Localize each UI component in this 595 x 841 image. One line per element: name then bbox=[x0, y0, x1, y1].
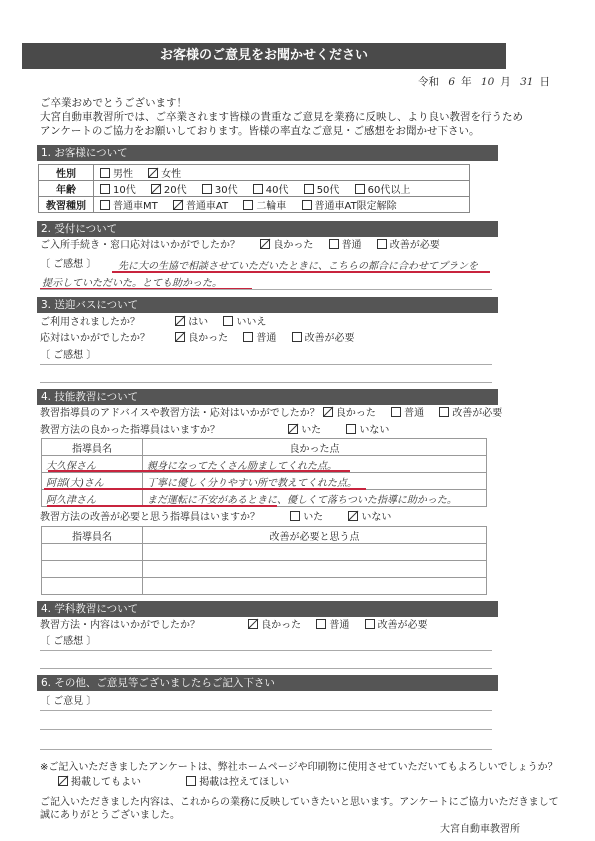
instructor-name[interactable] bbox=[42, 561, 143, 578]
option-at-release[interactable]: 普通車AT限定解除 bbox=[302, 197, 397, 212]
option-label: 50代 bbox=[317, 185, 340, 196]
instructor-name[interactable] bbox=[42, 578, 143, 595]
option-label: 掲載は控えてほしい bbox=[199, 777, 289, 788]
question-text: 教習方法の改善が必要と思う指導員はいますか？ bbox=[40, 511, 287, 524]
option-yes[interactable]: いた bbox=[288, 424, 321, 437]
checkbox[interactable] bbox=[377, 239, 387, 249]
intro-text: ご卒業おめでとうございます！ 大宮自動車教習所では、ご卒業されます皆様の貴重なご… bbox=[40, 96, 523, 138]
header-instructor: 指導員名 bbox=[42, 439, 143, 456]
writing-line[interactable] bbox=[40, 749, 492, 750]
option-40s[interactable]: 40代 bbox=[253, 181, 289, 196]
row-label: 教習種別 bbox=[39, 197, 94, 213]
improve-instructor-table: 指導員名 改善が必要と思う点 bbox=[41, 526, 487, 595]
checkbox-checked[interactable] bbox=[148, 168, 158, 178]
checkbox-checked[interactable] bbox=[173, 200, 183, 210]
option-label: いない bbox=[359, 425, 389, 436]
option-no[interactable]: いない bbox=[346, 424, 389, 437]
option-label: いいえ bbox=[236, 317, 266, 328]
option-label: 普通車AT限定解除 bbox=[315, 201, 397, 212]
checkbox[interactable] bbox=[253, 184, 263, 194]
option-label: 改善が必要 bbox=[378, 620, 428, 631]
table-row: 阿部(大)さん 丁寧に優しく分りやすい所で教えてくれた点。 bbox=[42, 473, 487, 490]
option-label: 60代以上 bbox=[368, 185, 411, 196]
question-text: ご入所手続き・窓口応対はいかがでしたか？ bbox=[40, 240, 240, 251]
option-label: 普通車MT bbox=[113, 201, 158, 212]
table-row bbox=[42, 544, 487, 561]
date-day[interactable]: 31 bbox=[520, 76, 533, 88]
option-allow-publish[interactable]: 掲載してもよい bbox=[58, 776, 141, 789]
checkbox-checked[interactable] bbox=[151, 184, 161, 194]
underline bbox=[44, 488, 366, 490]
checkbox-checked[interactable] bbox=[348, 511, 358, 521]
date-month[interactable]: 10 bbox=[481, 76, 494, 88]
comment-label: 〔 ご感想 〕 bbox=[40, 349, 96, 362]
writing-line[interactable] bbox=[40, 364, 492, 365]
permission-question: ※ご記入いただきましたアンケートは、弊社ホームページや印刷物に使用させていただい… bbox=[40, 761, 558, 774]
option-needs-improvement[interactable]: 改善が必要 bbox=[292, 332, 355, 345]
option-label: 女性 bbox=[161, 169, 181, 180]
section-heading-customer: 1. お客様について bbox=[37, 145, 498, 161]
underline bbox=[112, 271, 490, 273]
table-header: 指導員名 良かった点 bbox=[42, 439, 487, 456]
option-no[interactable]: いいえ bbox=[223, 316, 266, 329]
checkbox[interactable] bbox=[316, 619, 326, 629]
date-era: 令和 bbox=[418, 76, 439, 88]
underline bbox=[48, 470, 350, 472]
intro-line: 大宮自動車教習所では、ご卒業されます皆様の貴重なご意見を業務に反映し、より良い教… bbox=[40, 110, 523, 124]
option-needs-improvement[interactable]: 改善が必要 bbox=[439, 407, 502, 420]
checkbox[interactable] bbox=[439, 407, 449, 417]
instructor-name[interactable]: 阿部(大)さん bbox=[42, 473, 143, 490]
checkbox-checked[interactable] bbox=[248, 619, 258, 629]
improve-instructor-row: 教習方法の改善が必要と思う指導員はいますか？ いた いない bbox=[40, 511, 403, 524]
checkbox[interactable] bbox=[365, 619, 375, 629]
option-label: 普通車AT bbox=[186, 201, 228, 212]
improve-point[interactable] bbox=[143, 578, 487, 595]
intro-line: ご卒業おめでとうございます！ bbox=[40, 96, 523, 110]
day-label: 日 bbox=[540, 76, 551, 88]
option-label: いた bbox=[301, 425, 321, 436]
checkbox[interactable] bbox=[243, 200, 253, 210]
option-60s-plus[interactable]: 60代以上 bbox=[355, 181, 411, 196]
table-row: 阿久津さん まだ運転に不安があるときに、優しくて落ちついた指導に助かった。 bbox=[42, 490, 487, 507]
option-label: 良かった bbox=[336, 408, 376, 419]
gender-row: 性別 男性 女性 bbox=[39, 165, 470, 181]
header-instructor: 指導員名 bbox=[42, 527, 143, 544]
good-instructor-table: 指導員名 良かった点 大久保さん 親身になってたくさん励ましてくれた点。 阿部(… bbox=[41, 438, 487, 507]
intro-line: アンケートのご協力をお願いしております。皆様の率直なご意見・ご感想をお聞かせ下さ… bbox=[40, 124, 523, 138]
option-yes[interactable]: いた bbox=[290, 511, 323, 524]
option-label: 良かった bbox=[261, 620, 301, 631]
question-text: ご利用されましたか？ bbox=[40, 316, 172, 329]
question-text: 応対はいかがでしたか？ bbox=[40, 332, 172, 345]
writing-line[interactable] bbox=[40, 729, 492, 730]
form-title: お客様のご意見をお聞かせください bbox=[22, 43, 506, 69]
handwritten-comment[interactable]: 先に大の生協で相談させていただいたときに、こちらの都合に合わせてプランを bbox=[118, 257, 478, 272]
option-yes[interactable]: はい bbox=[175, 316, 208, 329]
header-improve-points: 改善が必要と思う点 bbox=[143, 527, 487, 544]
comment-label: 〔 ご感想 〕 bbox=[40, 635, 96, 648]
month-label: 月 bbox=[500, 76, 511, 88]
option-normal[interactable]: 普通 bbox=[243, 332, 276, 345]
checkbox-checked[interactable] bbox=[175, 332, 185, 342]
option-male[interactable]: 男性 bbox=[100, 165, 133, 180]
good-instructor-row: 教習方法の良かった指導員はいますか？ いた いない bbox=[40, 424, 401, 437]
checkbox[interactable] bbox=[223, 316, 233, 326]
checkbox[interactable] bbox=[202, 184, 212, 194]
row-label: 性別 bbox=[39, 165, 94, 181]
closing-text: ご記入いただきました内容は、これからの業務に反映していきたいと思います。アンケー… bbox=[40, 796, 559, 822]
option-30s[interactable]: 30代 bbox=[202, 181, 238, 196]
option-label: 改善が必要 bbox=[305, 333, 355, 344]
year-label: 年 bbox=[461, 76, 472, 88]
bus-used-row: ご利用されましたか？ はい いいえ bbox=[40, 316, 278, 329]
option-good[interactable]: 良かった bbox=[323, 407, 376, 420]
option-normal[interactable]: 普通 bbox=[391, 407, 424, 420]
comment-label: 〔 ご感想 〕 bbox=[40, 258, 96, 271]
option-mt[interactable]: 普通車MT bbox=[100, 197, 158, 212]
question-text: 教習指導員のアドバイスや教習方法・応対はいかがでしたか？ bbox=[40, 408, 320, 419]
age-row: 年齢 10代 20代 30代 40代 50代 60代以上 bbox=[39, 181, 470, 197]
option-label: 30代 bbox=[215, 185, 238, 196]
option-label: 掲載してもよい bbox=[71, 777, 141, 788]
handwritten-comment[interactable]: 提示していただいた。とても助かった。 bbox=[42, 274, 222, 289]
course-type-row: 教習種別 普通車MT 普通車AT 二輪車 普通車AT限定解除 bbox=[39, 197, 470, 213]
option-label: 男性 bbox=[113, 169, 133, 180]
table-row bbox=[42, 561, 487, 578]
table-row bbox=[42, 578, 487, 595]
customer-info-table: 性別 男性 女性 年齢 10代 20代 30代 40代 50代 60代以上 教習… bbox=[38, 164, 470, 213]
checkbox[interactable] bbox=[302, 200, 312, 210]
option-normal[interactable]: 普通 bbox=[316, 619, 349, 632]
section-heading-other: 6. その他、ご意見等ございましたらご記入下さい bbox=[37, 675, 498, 691]
section-heading-classroom: 4. 学科教習について bbox=[37, 601, 498, 617]
option-label: はい bbox=[188, 317, 208, 328]
option-label: 普通 bbox=[256, 333, 276, 344]
option-no[interactable]: いない bbox=[348, 511, 391, 524]
option-label: 二輪車 bbox=[256, 201, 286, 212]
option-label: 改善が必要 bbox=[452, 408, 502, 419]
checkbox[interactable] bbox=[346, 424, 356, 434]
question-text: 教習方法・内容はいかがでしたか？ bbox=[40, 619, 245, 632]
good-point[interactable]: まだ運転に不安があるときに、優しくて落ちついた指導に助かった。 bbox=[143, 490, 487, 507]
checkbox-checked[interactable] bbox=[175, 316, 185, 326]
option-at[interactable]: 普通車AT bbox=[173, 197, 228, 212]
checkbox[interactable] bbox=[100, 168, 110, 178]
option-needs-improvement[interactable]: 改善が必要 bbox=[365, 619, 428, 632]
checkbox-checked[interactable] bbox=[58, 776, 68, 786]
option-label: いない bbox=[361, 512, 391, 523]
checkbox[interactable] bbox=[290, 511, 300, 521]
option-normal[interactable]: 普通 bbox=[329, 239, 362, 252]
reception-question-row: ご入所手続き・窓口応対はいかがでしたか？ 良かった 普通 改善が必要 bbox=[40, 239, 452, 252]
option-20s[interactable]: 20代 bbox=[151, 181, 187, 196]
row-label: 年齢 bbox=[39, 181, 94, 197]
improve-point[interactable] bbox=[143, 544, 487, 561]
checkbox[interactable] bbox=[304, 184, 314, 194]
writing-line[interactable] bbox=[40, 382, 492, 383]
option-label: 普通 bbox=[404, 408, 424, 419]
option-good[interactable]: 良かった bbox=[260, 239, 313, 252]
section-heading-skill-training: 4. 技能教習について bbox=[37, 389, 498, 405]
option-label: 40代 bbox=[266, 185, 289, 196]
date-line: 令和 6年 10月 31日 bbox=[340, 74, 550, 89]
option-label: いた bbox=[303, 512, 323, 523]
instructor-name[interactable]: 阿久津さん bbox=[42, 490, 143, 507]
writing-line[interactable] bbox=[40, 710, 492, 711]
option-label: 普通 bbox=[342, 240, 362, 251]
improve-point[interactable] bbox=[143, 561, 487, 578]
comment-label: 〔 ご意見 〕 bbox=[40, 695, 96, 708]
option-decline-publish[interactable]: 掲載は控えてほしい bbox=[186, 776, 289, 789]
organization-name: 大宮自動車教習所 bbox=[440, 820, 520, 835]
classroom-question-row: 教習方法・内容はいかがでしたか？ 良かった 普通 改善が必要 bbox=[40, 619, 440, 632]
option-50s[interactable]: 50代 bbox=[304, 181, 340, 196]
closing-line: ご記入いただきました内容は、これからの業務に反映していきたいと思います。アンケー… bbox=[40, 796, 559, 809]
instructor-rating-row: 教習指導員のアドバイスや教習方法・応対はいかがでしたか？ 良かった 普通 改善が… bbox=[40, 407, 514, 420]
checkbox[interactable] bbox=[329, 239, 339, 249]
option-good[interactable]: 良かった bbox=[248, 619, 301, 632]
underline bbox=[47, 505, 277, 507]
writing-line[interactable] bbox=[40, 668, 492, 669]
checkbox[interactable] bbox=[243, 332, 253, 342]
section-heading-shuttle-bus: 3. 送迎バスについて bbox=[37, 297, 498, 313]
option-label: 改善が必要 bbox=[390, 240, 440, 251]
checkbox-checked[interactable] bbox=[288, 424, 298, 434]
option-needs-improvement[interactable]: 改善が必要 bbox=[377, 239, 440, 252]
checkbox[interactable] bbox=[100, 184, 110, 194]
checkbox-checked[interactable] bbox=[323, 407, 333, 417]
checkbox[interactable] bbox=[355, 184, 365, 194]
good-point[interactable]: 丁寧に優しく分りやすい所で教えてくれた点。 bbox=[143, 473, 487, 490]
option-good[interactable]: 良かった bbox=[175, 332, 228, 345]
instructor-name[interactable] bbox=[42, 544, 143, 561]
bus-service-row: 応対はいかがでしたか？ 良かった 普通 改善が必要 bbox=[40, 332, 367, 345]
writing-line[interactable] bbox=[40, 650, 492, 651]
writing-line bbox=[40, 289, 492, 290]
checkbox[interactable] bbox=[391, 407, 401, 417]
option-label: 良かった bbox=[188, 333, 228, 344]
question-text: 教習方法の良かった指導員はいますか？ bbox=[40, 424, 285, 437]
option-label: 良かった bbox=[273, 240, 313, 251]
option-label: 10代 bbox=[113, 185, 136, 196]
option-label: 20代 bbox=[164, 185, 187, 196]
header-good-points: 良かった点 bbox=[143, 439, 487, 456]
checkbox[interactable] bbox=[292, 332, 302, 342]
option-female[interactable]: 女性 bbox=[148, 165, 181, 180]
table-header: 指導員名 改善が必要と思う点 bbox=[42, 527, 487, 544]
option-10s[interactable]: 10代 bbox=[100, 181, 136, 196]
checkbox[interactable] bbox=[100, 200, 110, 210]
checkbox[interactable] bbox=[186, 776, 196, 786]
section-heading-reception: 2. 受付について bbox=[37, 221, 498, 237]
option-motorcycle[interactable]: 二輪車 bbox=[243, 197, 286, 212]
option-label: 普通 bbox=[329, 620, 349, 631]
permission-options: 掲載してもよい 掲載は控えてほしい bbox=[58, 776, 301, 789]
checkbox-checked[interactable] bbox=[260, 239, 270, 249]
date-year[interactable]: 6 bbox=[448, 76, 455, 88]
